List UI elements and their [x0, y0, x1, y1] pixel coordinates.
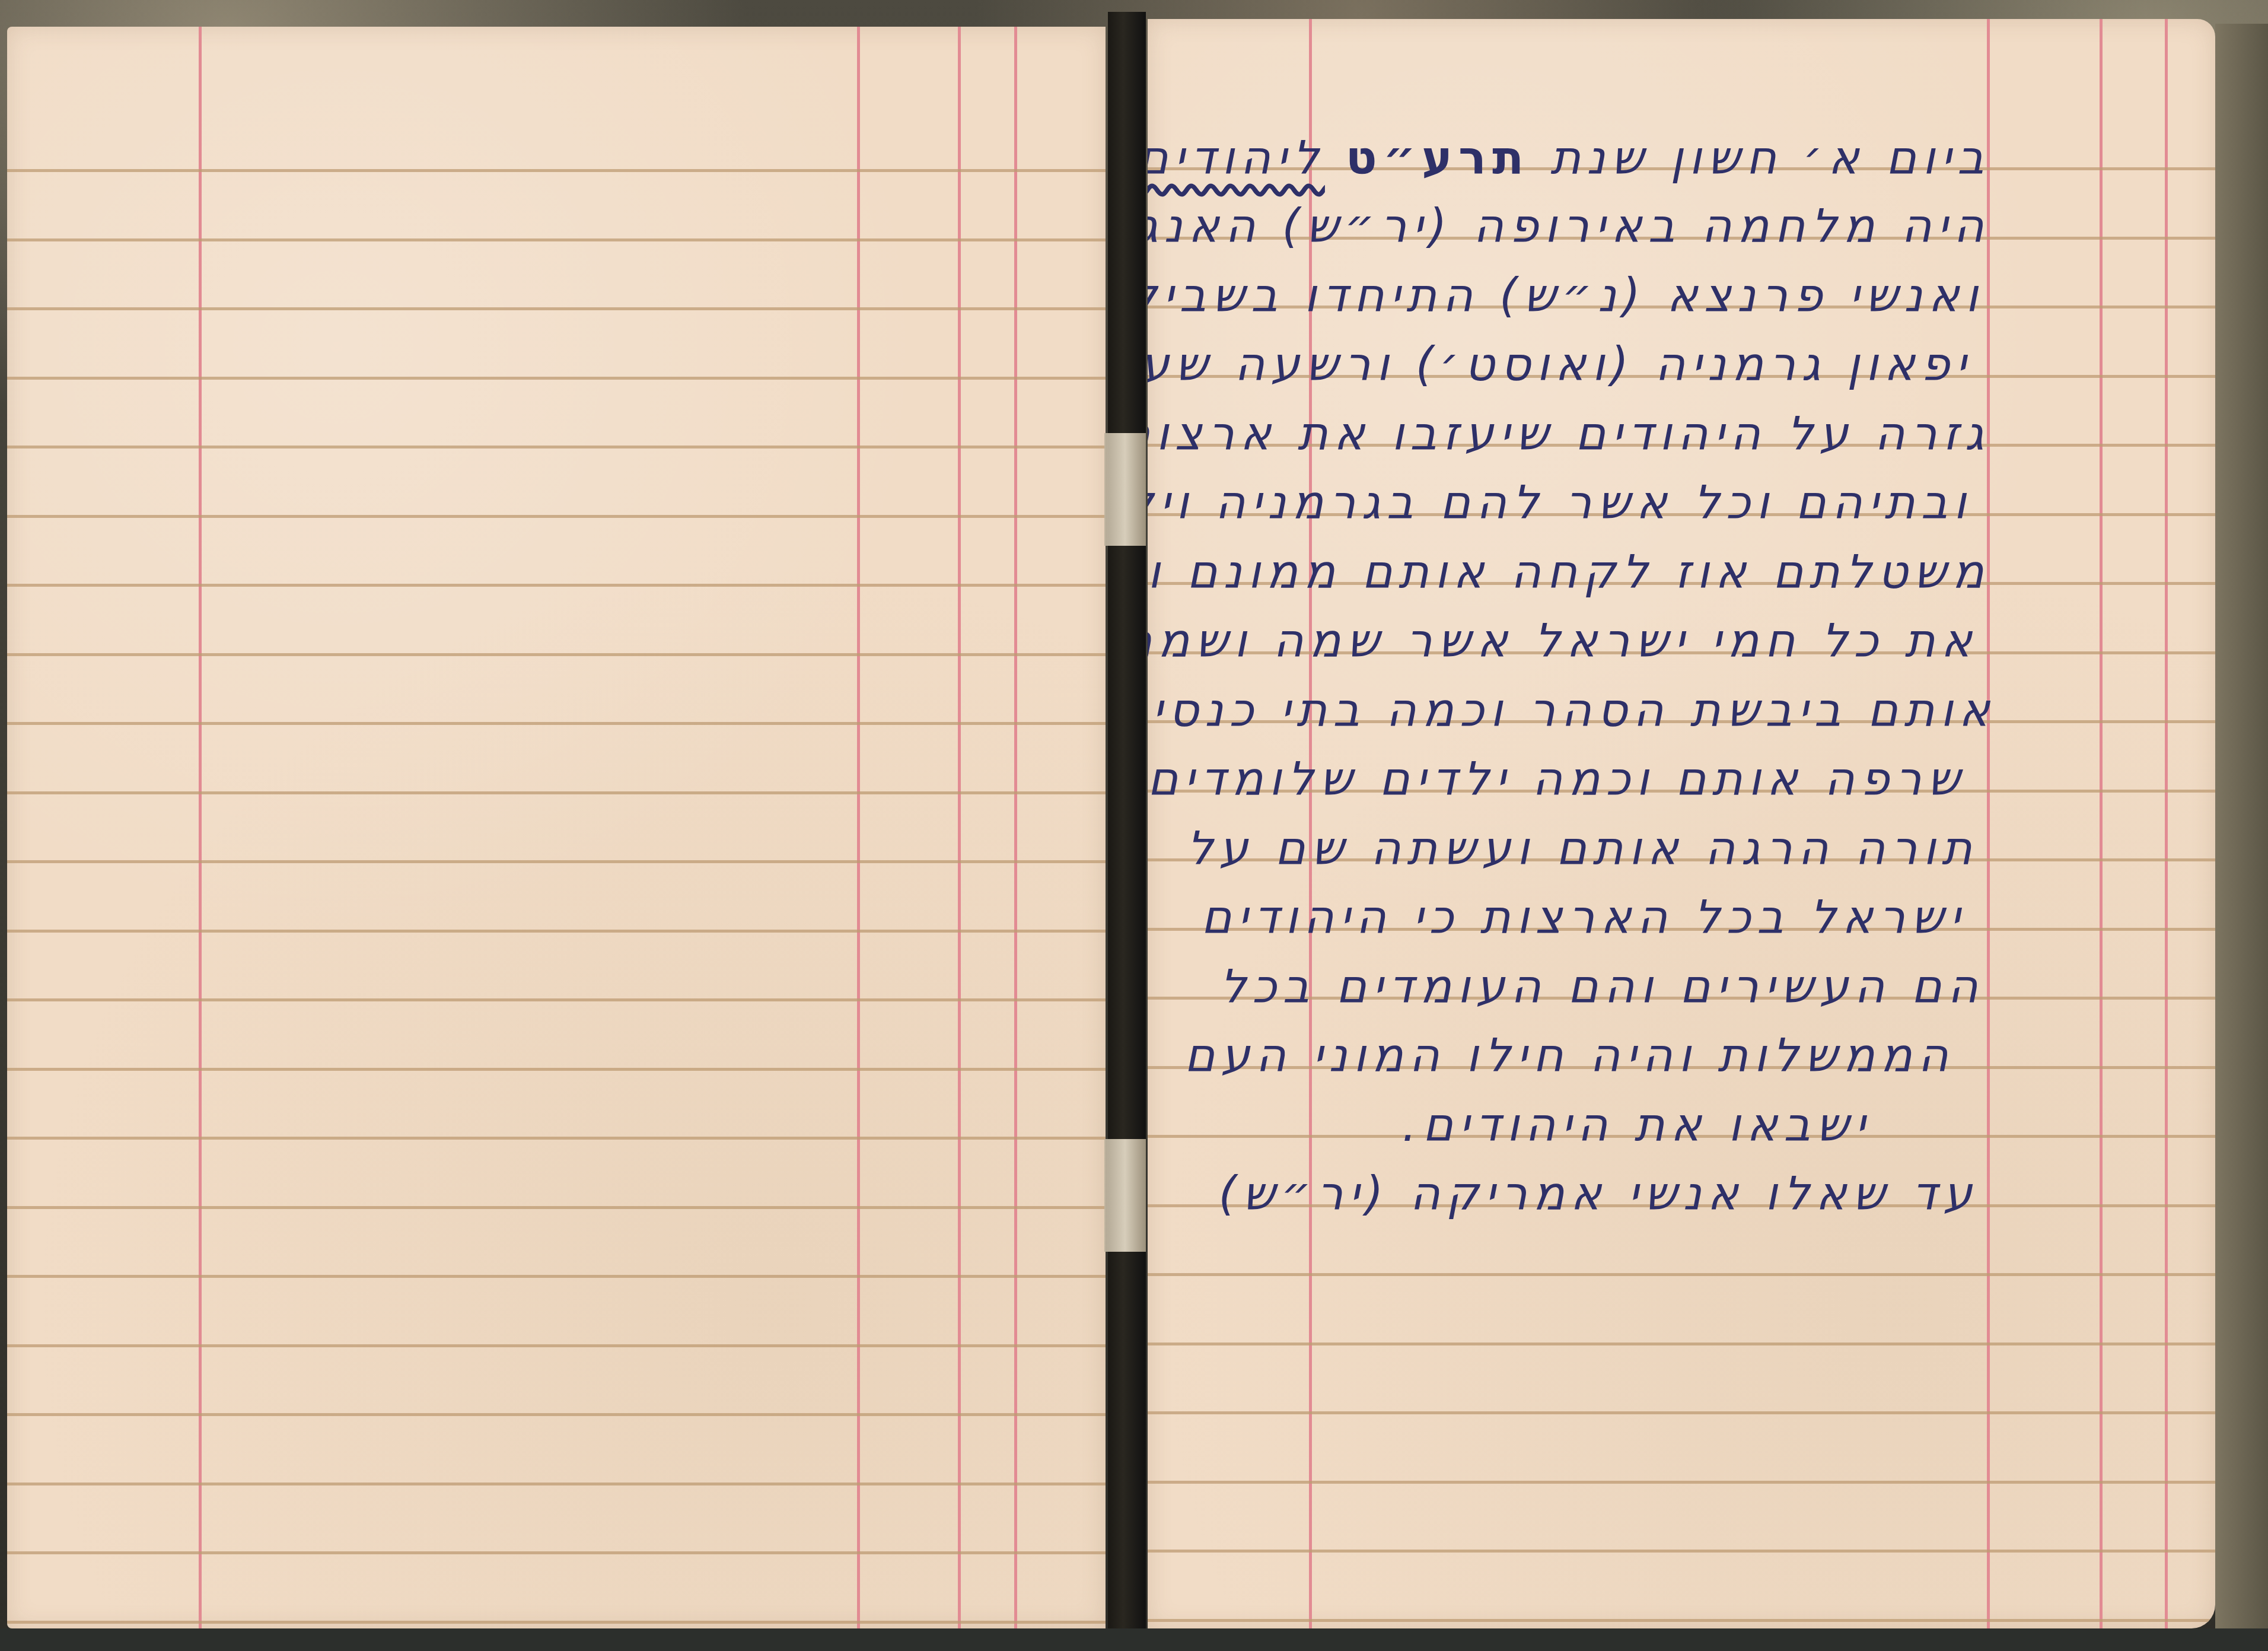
ruled-line — [7, 1275, 1106, 1278]
binding-tape — [1104, 433, 1146, 546]
ruled-line — [7, 930, 1106, 933]
ruled-line — [7, 446, 1106, 448]
ruled-line — [7, 1206, 1106, 1209]
year-text: תרע״ט — [1346, 132, 1530, 185]
ruled-line — [1148, 1550, 2215, 1553]
text-line: את כל חמי ישראל אשר שמה ושמה — [1148, 612, 1978, 671]
ruled-line — [7, 169, 1106, 172]
text-line: הם העשירים והם העומדים בכל — [1220, 957, 1984, 1017]
text-line: ואנשי פרנצא (נ״ש) התיחדו בשביל — [1148, 266, 1984, 326]
margin-line — [199, 27, 202, 1628]
title-suffix: ליהודים — [1148, 132, 1325, 185]
ruled-line — [7, 1137, 1106, 1140]
notebook-cover-bottom — [0, 1628, 2268, 1651]
column-line — [1987, 19, 1990, 1628]
text-line: ישראל בכל הארצות כי היהודים — [1201, 888, 1966, 947]
ruled-line — [7, 307, 1106, 310]
text-line: אותם ביבשת הסהר וכמה בתי כנסיות — [1148, 681, 1996, 740]
ruled-line — [7, 584, 1106, 587]
text-line: הממשלות והיה חילו המוני העם — [1184, 1026, 1954, 1086]
column-line — [1014, 27, 1017, 1628]
column-line — [958, 27, 961, 1628]
notebook-spine — [1108, 12, 1146, 1628]
text-line: ובתיהם וכל אשר להם בגרמניה וילכו — [1148, 473, 1972, 533]
ruled-line — [7, 860, 1106, 863]
left-page — [7, 27, 1106, 1628]
text-line: היה מלחמה באירופה (יר״ש) האנגלים — [1148, 197, 1990, 256]
ruled-line — [7, 1068, 1106, 1071]
ruled-line — [7, 722, 1106, 725]
text-line: יפאון גרמניה (ואוסט׳) ורשעה שעשתה — [1148, 335, 1972, 395]
column-line — [857, 27, 860, 1628]
ruled-line — [7, 1551, 1106, 1554]
ruled-line — [1148, 1343, 2215, 1345]
ruled-line — [1148, 1481, 2215, 1484]
ruled-line — [7, 238, 1106, 241]
ruled-line — [7, 1413, 1106, 1416]
ruled-line — [1148, 1411, 2215, 1414]
ruled-line — [7, 653, 1106, 656]
text-line: שרפה אותם וכמה ילדים שלומדים — [1148, 750, 1966, 809]
text-line: גזרה על היהודים שיעזבו את ארצותיהם — [1148, 405, 1990, 464]
text-line: עד שאלו אנשי אמריקה (יר״ש) — [1219, 1165, 1978, 1224]
right-page: ביום א׳ חשון שנת תרע״ט ליהודים היה מלחמה… — [1148, 19, 2215, 1628]
title-line: ביום א׳ חשון שנת תרע״ט ליהודים — [1148, 129, 1990, 188]
text-line: תורה הרגה אותם ועשתה שם על — [1187, 819, 1978, 879]
ruled-line — [1148, 1619, 2215, 1622]
column-line — [2165, 19, 2168, 1628]
ruled-line — [7, 515, 1106, 518]
ruled-line — [1148, 1273, 2215, 1276]
title-prefix: ביום א׳ חשון שנת — [1550, 132, 1990, 185]
ruled-line — [7, 1621, 1106, 1624]
ruled-line — [7, 1483, 1106, 1485]
text-line: משטלתם אוז לקחה אותם ממונם ולקחה — [1148, 543, 1990, 602]
ruled-line — [7, 998, 1106, 1001]
ruled-line — [7, 791, 1106, 794]
binding-tape — [1104, 1139, 1146, 1252]
ruled-line — [7, 377, 1106, 380]
notebook-cover-edge — [2215, 24, 2268, 1651]
ruled-line — [7, 1344, 1106, 1347]
text-line: ישבאו את היהודים. — [1402, 1096, 1871, 1155]
column-line — [2100, 19, 2103, 1628]
